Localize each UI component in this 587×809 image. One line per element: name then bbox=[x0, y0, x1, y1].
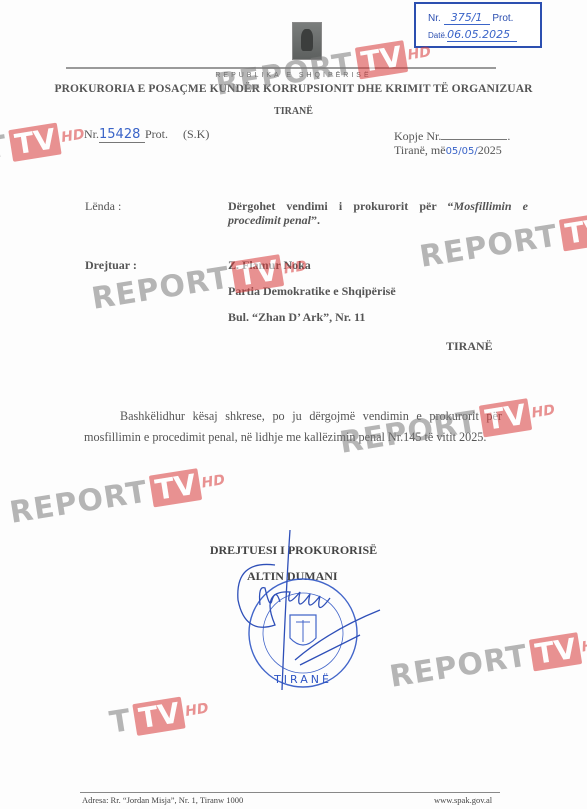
registration-stamp: Nr. 375/1 Prot. Datë.06.05.2025 bbox=[414, 2, 542, 48]
protocol-reference: Nr.15428Prot. (S.K) bbox=[84, 127, 209, 143]
subject-prefix: Dërgohet vendimi i prokurorit për “ bbox=[228, 199, 454, 213]
place-label: Tiranë, më bbox=[394, 143, 446, 157]
copy-label: Kopje Nr. bbox=[394, 129, 441, 143]
recipient-address: Bul. “Zhan D’ Ark”, Nr. 11 bbox=[228, 310, 365, 325]
ref-nr-value: 15428 bbox=[99, 127, 145, 143]
date-handwritten: 05/05/ bbox=[446, 146, 478, 157]
footer-address: Adresa: Rr. “Jordan Misja”, Nr. 1, Tiran… bbox=[82, 795, 243, 805]
institution-name: PROKURORIA E POSAÇME KUNDËR KORRUPSIONIT… bbox=[0, 83, 587, 95]
recipient-organization: Partia Demokratike e Shqipërisë bbox=[228, 284, 396, 299]
watermark: REPORTTVHD bbox=[7, 462, 227, 531]
date-year: 2025 bbox=[478, 143, 502, 157]
ref-nr-label: Nr. bbox=[84, 127, 99, 141]
recipient-label: Drejtuar : bbox=[85, 258, 137, 273]
watermark: REPORTTVHD bbox=[387, 626, 587, 695]
ref-prot-label: Prot. bbox=[145, 127, 168, 141]
letter-body: Bashkëlidhur kësaj shkrese, po ju dërgoj… bbox=[84, 406, 502, 448]
republic-heading: REPUBLIKA E SHQIPËRISË bbox=[0, 72, 587, 79]
stamp-nr-value: 375/1 bbox=[444, 11, 490, 25]
subject-label: Lënda : bbox=[85, 199, 121, 214]
header-divider bbox=[66, 67, 496, 69]
subject-suffix: ”. bbox=[311, 213, 320, 227]
copy-blank bbox=[441, 139, 507, 140]
recipient-city: TIRANË bbox=[446, 339, 493, 354]
recipient-name: Z. Flamur Noka bbox=[228, 258, 311, 273]
stamp-date-label: Datë. bbox=[428, 31, 447, 40]
stamp-nr-label: Nr. bbox=[428, 13, 441, 24]
watermark: TTVHD bbox=[0, 117, 87, 167]
subject-text: Dërgohet vendimi i prokurorit për “Mosfi… bbox=[228, 199, 528, 227]
watermark: TTVHD bbox=[107, 691, 211, 741]
ref-sk: (S.K) bbox=[183, 127, 209, 141]
stamp-date-value: 06.05.2025 bbox=[447, 28, 517, 42]
footer-divider bbox=[80, 792, 500, 793]
stamp-prot-label: Prot. bbox=[492, 13, 513, 24]
header-city: TIRANË bbox=[0, 106, 587, 117]
footer-website: www.spak.gov.al bbox=[434, 795, 492, 805]
state-emblem bbox=[292, 22, 322, 60]
copy-and-date: Kopje Nr.. Tiranë, më05/05/2025 bbox=[394, 129, 510, 159]
handwritten-signature-icon bbox=[238, 530, 380, 690]
official-seal-and-signature: TIRANË bbox=[220, 530, 390, 700]
